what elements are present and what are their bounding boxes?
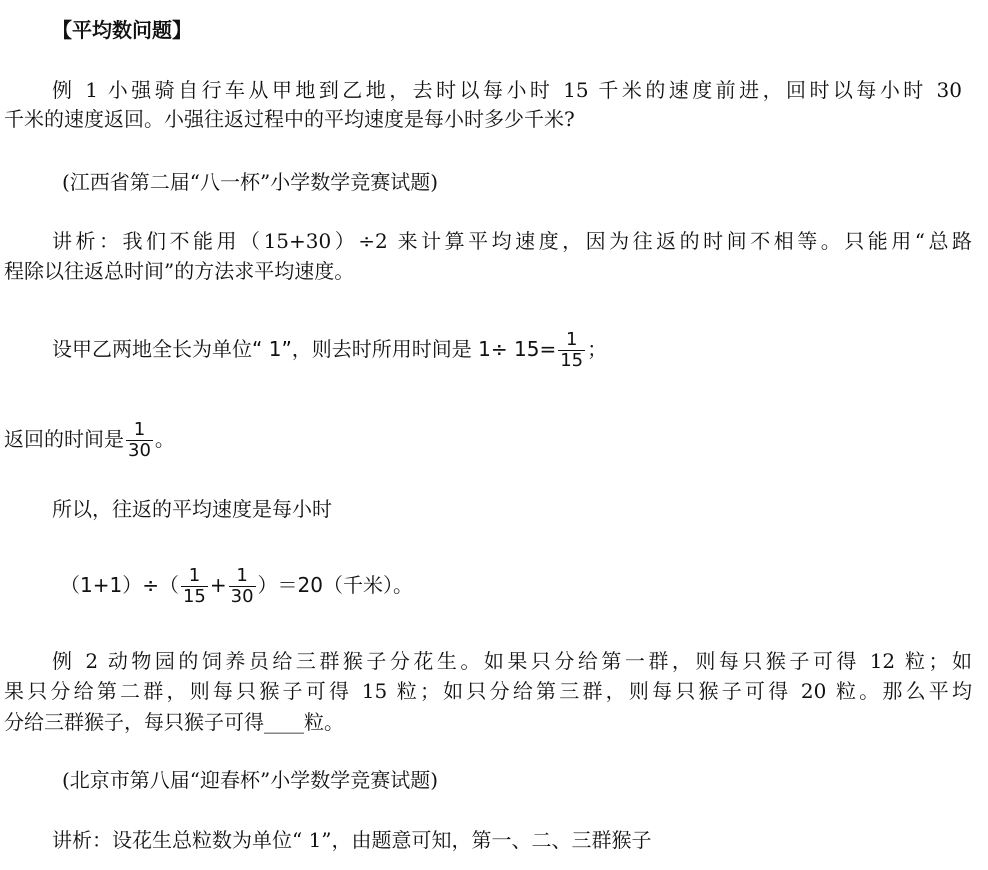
example2-source: (北京市第八届“迎春杯”小学数学竞赛试题)	[62, 768, 438, 792]
page-title: 【平均数问题】	[52, 18, 192, 42]
fraction-1-30: 130	[229, 566, 256, 607]
example1-formula: （1+1）÷（115+130）＝20（千米）。	[60, 560, 413, 610]
example1-source: (江西省第二届“八一杯”小学数学竞赛试题)	[62, 170, 438, 194]
example1-step2: 返回的时间是130。	[4, 414, 175, 464]
example2-analysis: 讲析：设花生总粒数为单位“ 1”，由题意可知，第一、二、三群猴子	[52, 828, 652, 852]
example1-conclusion: 所以，往返的平均速度是每小时	[52, 497, 332, 521]
fraction-1-30: 130	[126, 420, 153, 461]
example1-step1: 设甲乙两地全长为单位“ 1”，则去时所用时间是 1÷ 15=115；	[52, 324, 607, 374]
fraction-1-15: 115	[558, 330, 585, 371]
fraction-1-15: 115	[181, 566, 208, 607]
